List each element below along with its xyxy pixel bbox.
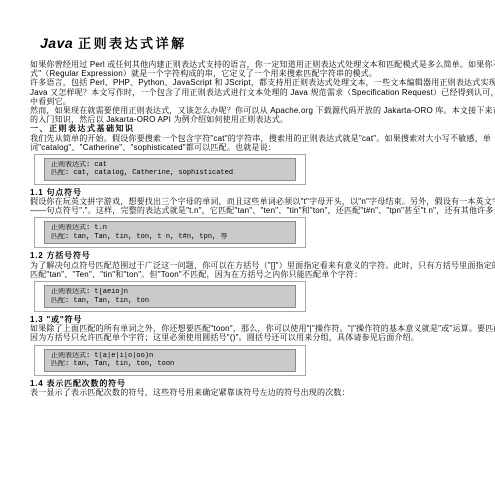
text-line: 式"（Regular Expression）就是一个字符构成的串，它定义了一个用… [30,69,495,78]
regex-matches-line: 匹配: tan, Tan, tin, ton, toon [51,360,289,369]
regex-example-inner: 正则表达式: t[aeio]n匹配: tan, Tan, tin, ton [44,285,296,308]
regex-matches-line: 匹配: tan, Tan, tin, ton [51,297,289,306]
regex-example-box: 正则表达式: t(a|e|i|o|oo)n匹配: tan, Tan, tin, … [34,345,306,376]
text-line: 假设你在玩英文拼字游戏，想要找出三个字母的单词，而且这些单词必须以"t"字母开头… [30,197,495,206]
text-line: 许多语言，包括 Perl、PHP、Python、JavaScript 和 JSc… [30,78,495,87]
document-page: Java正则表达式详解 如果你曾经用过 Perl 或任何其他内建正则表达式支持的… [0,0,495,495]
regex-pattern-line: 正则表达式: t[aeio]n [51,288,289,297]
regex-matches-line: 匹配: cat, catalog, Catherine, sophisticat… [51,169,289,178]
regex-matches-line: 匹配: tan, Tan, tin, ton, t n, t#n, tpn, 等 [51,233,289,242]
text-line: 表一显示了表示匹配次数的符号，这些符号用来确定紧靠该符号左边的符号出现的次数： [30,388,495,397]
sub-heading: 1.2 方括号符号 [30,251,495,260]
article-title-java: Java [40,35,73,51]
text-line: 词"catalog"、"Catherine"、"sophisticated"都可… [30,143,495,152]
regex-example-box: 正则表达式: cat匹配: cat, catalog, Catherine, s… [34,154,306,185]
regex-pattern-line: 正则表达式: t(a|e|i|o|oo)n [51,352,289,361]
sub-heading: 1.4 表示匹配次数的符号 [30,379,495,388]
text-line: 因为方括号只允许匹配单个字符；这里必须使用圆括号"()"。圆括号还可以用来分组，… [30,333,495,342]
regex-example-box: 正则表达式: t[aeio]n匹配: tan, Tan, tin, ton [34,281,306,312]
regex-example-inner: 正则表达式: t.n匹配: tan, Tan, tin, ton, t n, t… [44,221,296,244]
text-line: Java 又怎样呢？本文写作时，一个包含了用正则表达式进行文本处理的 Java … [30,88,495,97]
regex-example-box: 正则表达式: t.n匹配: tan, Tan, tin, ton, t n, t… [34,217,306,248]
text-line: 我们先从简单的开始。假设你要搜索一个包含字符"cat"的字符串，搜索用的正则表达… [30,134,495,143]
regex-pattern-line: 正则表达式: cat [51,161,289,170]
text-line: ——句点符号"."。这样，完整的表达式就是"t.n"，它匹配"tan"、"ten… [30,206,495,215]
article-body: 如果你曾经用过 Perl 或任何其他内建正则表达式支持的语言，你一定知道用正则表… [30,60,495,397]
text-line: 匹配"tan"、"Ten"、"tin"和"ton"。但"Toon"不匹配，因为在… [30,270,495,279]
regex-pattern-line: 正则表达式: t.n [51,224,289,233]
text-line: 如果除了上面匹配的所有单词之外，你还想要匹配"toon"，那么，你可以使用"|"… [30,324,495,333]
text-line: 如果你曾经用过 Perl 或任何其他内建正则表达式支持的语言，你一定知道用正则表… [30,60,495,69]
text-line: 然而，如果现在就需要使用正则表达式，又该怎么办呢？你可以从 Apache.org… [30,106,495,115]
text-line: 为了解决句点符号匹配范围过于广泛这一问题，你可以在方括号（"[]"）里面指定看来… [30,261,495,270]
section-heading: 一、正则表达式基础知识 [30,124,495,133]
sub-heading: 1.1 句点符号 [30,188,495,197]
sub-heading: 1.3 "或"符号 [30,315,495,324]
text-line: 的入门知识，然后以 Jakarta-ORO API 为例介绍如何使用正则表达式。 [30,115,495,124]
text-line: 中看到它。 [30,97,495,106]
regex-example-inner: 正则表达式: t(a|e|i|o|oo)n匹配: tan, Tan, tin, … [44,349,296,372]
regex-example-inner: 正则表达式: cat匹配: cat, catalog, Catherine, s… [44,158,296,181]
article-title: Java正则表达式详解 [40,36,495,51]
article-title-zh: 正则表达式详解 [78,36,187,51]
